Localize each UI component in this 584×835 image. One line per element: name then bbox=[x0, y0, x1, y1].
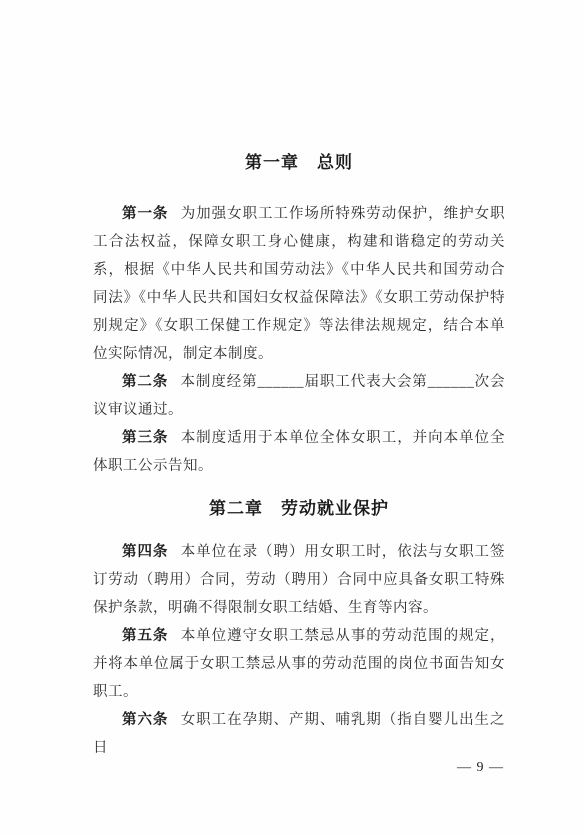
article-5: 第五条本单位遵守女职工禁忌从事的劳动范围的规定，并将本单位属于女职工禁忌从事的劳… bbox=[93, 622, 505, 706]
chapter-2-title: 第二章 劳动就业保护 bbox=[93, 496, 505, 522]
article-2-label: 第二条 bbox=[122, 374, 168, 390]
article-4: 第四条本单位在录（聘）用女职工时，依法与女职工签订劳动（聘用）合同，劳动（聘用）… bbox=[93, 538, 505, 622]
article-1-label: 第一条 bbox=[122, 206, 168, 222]
document-page: 第一章 总则 第一条为加强女职工工作场所特殊劳动保护，维护女职工合法权益，保障女… bbox=[0, 0, 584, 835]
chapter-1-title: 第一章 总则 bbox=[93, 150, 505, 176]
article-3: 第三条本制度适用于本单位全体女职工，并向本单位全体职工公示告知。 bbox=[93, 424, 505, 480]
article-1-text: 为加强女职工工作场所特殊劳动保护，维护女职工合法权益，保障女职工身心健康，构建和… bbox=[93, 206, 505, 362]
article-6: 第六条女职工在孕期、产期、哺乳期（指自婴儿出生之日 bbox=[93, 706, 505, 762]
article-2: 第二条本制度经第______届职工代表大会第______次会议审议通过。 bbox=[93, 368, 505, 424]
page-number: — 9 — bbox=[457, 760, 504, 776]
article-5-label: 第五条 bbox=[122, 628, 168, 644]
article-1: 第一条为加强女职工工作场所特殊劳动保护，维护女职工合法权益，保障女职工身心健康，… bbox=[93, 200, 505, 368]
article-6-label: 第六条 bbox=[122, 712, 168, 728]
article-3-label: 第三条 bbox=[122, 430, 168, 446]
article-4-label: 第四条 bbox=[122, 544, 168, 560]
document-body: 第一章 总则 第一条为加强女职工工作场所特殊劳动保护，维护女职工合法权益，保障女… bbox=[93, 0, 505, 762]
